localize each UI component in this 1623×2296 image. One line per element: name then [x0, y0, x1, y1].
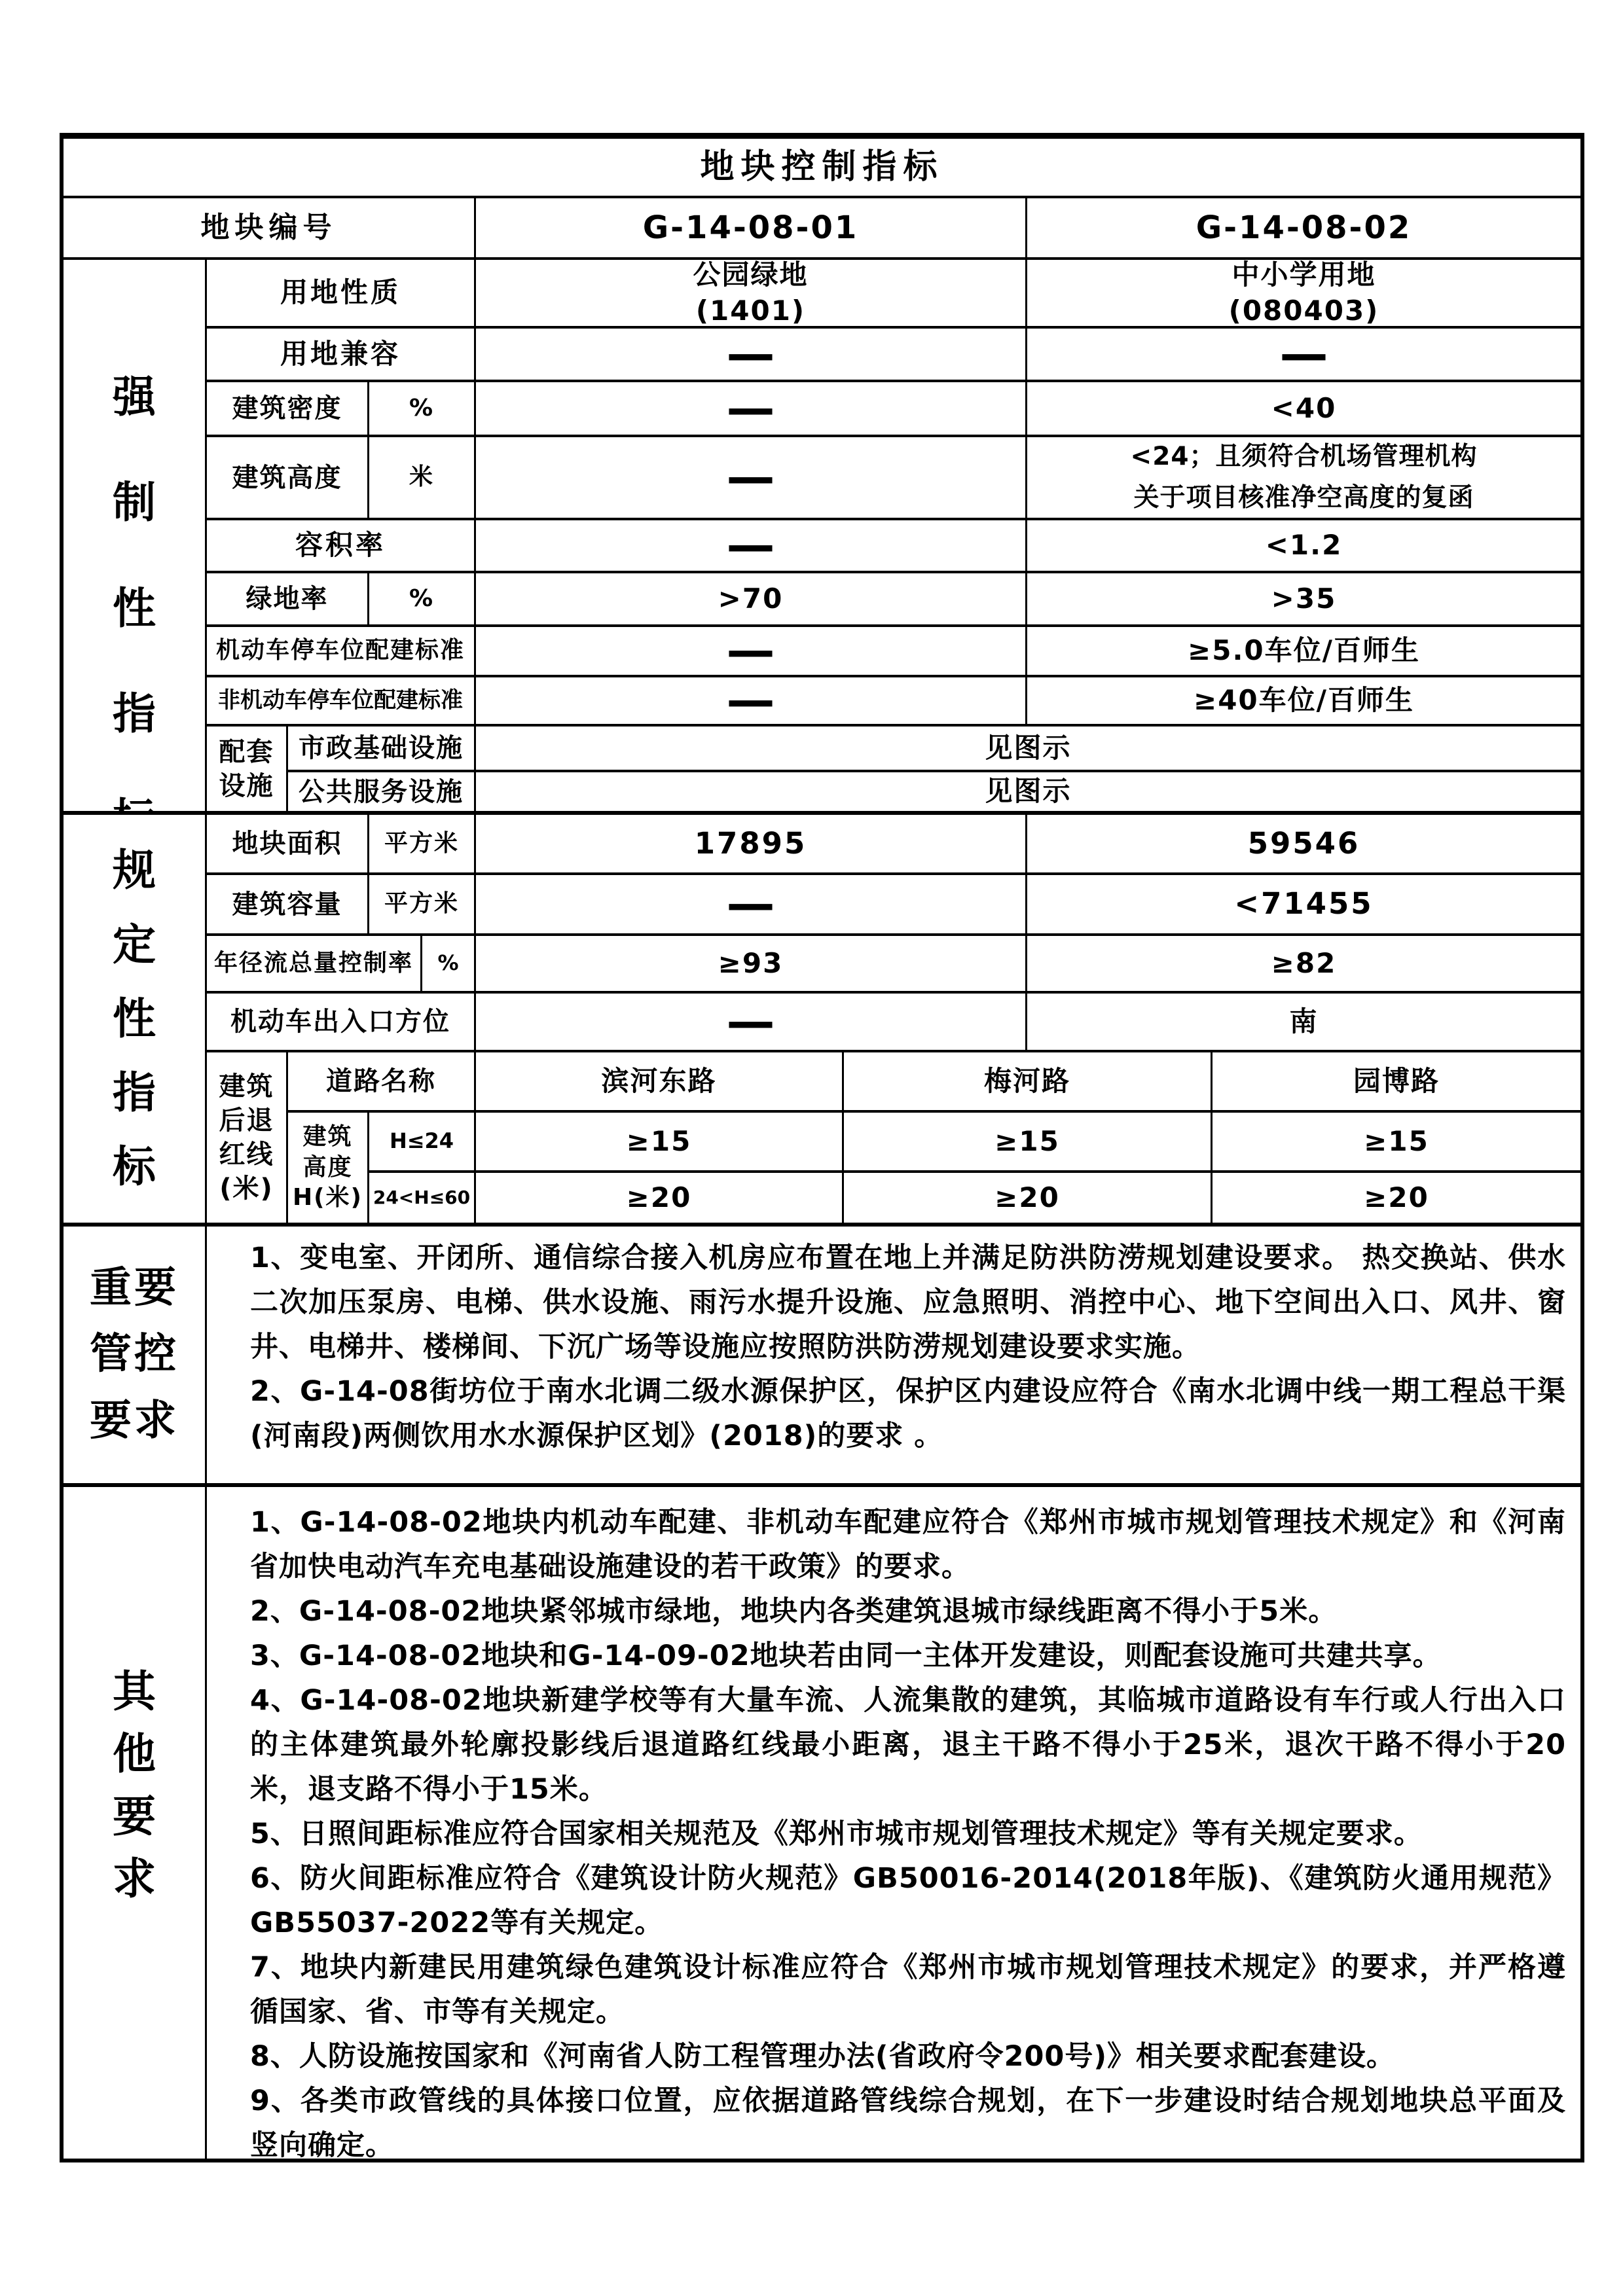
section-label-other-requirements: 其 他 要 求 — [64, 1487, 207, 2159]
nonmotor-parking-value-2: ≥40车位/百师生 — [1027, 677, 1580, 726]
section-label-mandatory-indicators: 强 制 性 指 标 — [64, 260, 207, 815]
other-requirements-item: 1、G-14-08-02地块内机动车配建、非机动车配建应符合《郑州市城市规划管理… — [250, 1500, 1566, 1589]
vehicle-access-value-2: 南 — [1027, 994, 1580, 1052]
building-capacity-label: 建筑容量 — [207, 875, 369, 936]
height-value-1: — — [476, 437, 1027, 520]
plot-area-value-1: 17895 — [476, 815, 1027, 875]
road-name-header: 道路名称 — [288, 1052, 476, 1113]
green-ratio-label: 绿地率 — [207, 573, 369, 627]
land-use-value-1: 公园绿地 (1401) — [476, 260, 1027, 329]
density-value-1: — — [476, 382, 1027, 437]
other-requirements-item: 9、各类市政管线的具体接口位置，应依据道路管线综合规划，在下一步建设时结合规划地… — [250, 2079, 1566, 2159]
vehicle-access-label: 机动车出入口方位 — [207, 994, 476, 1052]
setback-h2-value-3: ≥20 — [1213, 1173, 1580, 1227]
municipal-facilities-value: 见图示 — [476, 726, 1580, 772]
important-control-body: 1、变电室、开闭所、通信综合接入机房应布置在地上并满足防洪防涝规划建设要求。 热… — [207, 1227, 1580, 1487]
important-control-item: 1、变电室、开闭所、通信综合接入机房应布置在地上并满足防洪防涝规划建设要求。 热… — [250, 1236, 1566, 1369]
nonmotor-parking-label: 非机动车停车位配建标准 — [207, 677, 476, 726]
setback-label: 建筑 后退 红线 (米) — [207, 1052, 288, 1227]
green-ratio-unit: % — [369, 573, 476, 627]
far-value-1: — — [476, 520, 1027, 573]
motor-parking-label: 机动车停车位配建标准 — [207, 627, 476, 677]
plot-number-2: G-14-08-02 — [1027, 198, 1580, 260]
road-name-1: 滨河东路 — [476, 1052, 844, 1113]
nonmotor-parking-value-1: — — [476, 677, 1027, 726]
setback-h2-value-1: ≥20 — [476, 1173, 844, 1227]
vehicle-access-value-1: — — [476, 994, 1027, 1052]
motor-parking-value-2: ≥5.0车位/百师生 — [1027, 627, 1580, 677]
runoff-control-unit: % — [422, 936, 476, 994]
setback-h1-value-2: ≥15 — [844, 1113, 1213, 1173]
other-requirements-item: 3、G-14-08-02地块和G-14-09-02地块若由同一主体开发建设，则配… — [250, 1634, 1566, 1678]
setback-h2-label: 24<H≤60 — [369, 1173, 476, 1227]
land-use-value-2: 中小学用地 (080403) — [1027, 260, 1580, 329]
public-facilities-value: 见图示 — [476, 772, 1580, 815]
road-name-3: 园博路 — [1213, 1052, 1580, 1113]
other-requirements-item: 8、人防设施按国家和《河南省人防工程管理办法(省政府令200号)》相关要求配套建… — [250, 2034, 1566, 2079]
far-label: 容积率 — [207, 520, 476, 573]
building-capacity-unit: 平方米 — [369, 875, 476, 936]
setback-height-label: 建筑 高度 H(米) — [288, 1113, 369, 1227]
public-facilities-label: 公共服务设施 — [288, 772, 476, 815]
density-value-2: <40 — [1027, 382, 1580, 437]
plot-control-indicator-table: 地块控制指标 地块编号 G-14-08-01 G-14-08-02 强 制 性 … — [60, 133, 1584, 2162]
municipal-facilities-label: 市政基础设施 — [288, 726, 476, 772]
plot-area-unit: 平方米 — [369, 815, 476, 875]
density-label: 建筑密度 — [207, 382, 369, 437]
building-capacity-value-2: <71455 — [1027, 875, 1580, 936]
other-requirements-item: 5、日照间距标准应符合国家相关规范及《郑州市城市规划管理技术规定》等有关规定要求… — [250, 1812, 1566, 1856]
density-unit: % — [369, 382, 476, 437]
other-requirements-item: 7、地块内新建民用建筑绿色建筑设计标准应符合《郑州市城市规划管理技术规定》的要求… — [250, 1945, 1566, 2034]
land-use-label: 用地性质 — [207, 260, 476, 329]
other-requirements-item: 2、G-14-08-02地块紧邻城市绿地，地块内各类建筑退城市绿线距离不得小于5… — [250, 1589, 1566, 1634]
motor-parking-value-1: — — [476, 627, 1027, 677]
setback-h1-label: H≤24 — [369, 1113, 476, 1173]
plot-number-1: G-14-08-01 — [476, 198, 1027, 260]
section-label-prescriptive-indicators: 规 定 性 指 标 — [64, 815, 207, 1227]
runoff-control-label: 年径流总量控制率 — [207, 936, 422, 994]
setback-h2-value-2: ≥20 — [844, 1173, 1213, 1227]
page-title: 地块控制指标 — [64, 139, 1580, 198]
green-ratio-value-1: >70 — [476, 573, 1027, 627]
far-value-2: <1.2 — [1027, 520, 1580, 573]
height-value-2: <24；且须符合机场管理机构 关于项目核准净空高度的复函 — [1027, 437, 1580, 520]
setback-h1-value-1: ≥15 — [476, 1113, 844, 1173]
road-name-2: 梅河路 — [844, 1052, 1213, 1113]
setback-h1-value-3: ≥15 — [1213, 1113, 1580, 1173]
height-unit: 米 — [369, 437, 476, 520]
other-requirements-body: 1、G-14-08-02地块内机动车配建、非机动车配建应符合《郑州市城市规划管理… — [207, 1487, 1580, 2159]
other-requirements-item: 4、G-14-08-02地块新建学校等有大量车流、人流集散的建筑，其临城市道路设… — [250, 1678, 1566, 1812]
height-label: 建筑高度 — [207, 437, 369, 520]
compatibility-value-2: — — [1027, 329, 1580, 382]
plot-area-label: 地块面积 — [207, 815, 369, 875]
runoff-control-value-2: ≥82 — [1027, 936, 1580, 994]
plot-area-value-2: 59546 — [1027, 815, 1580, 875]
runoff-control-value-1: ≥93 — [476, 936, 1027, 994]
section-label-important-control: 重要 管控 要求 — [64, 1227, 207, 1487]
important-control-item: 2、G-14-08街坊位于南水北调二级水源保护区，保护区内建设应符合《南水北调中… — [250, 1369, 1566, 1458]
facilities-label: 配套 设施 — [207, 726, 288, 815]
building-capacity-value-1: — — [476, 875, 1027, 936]
plot-number-label: 地块编号 — [64, 198, 476, 260]
green-ratio-value-2: >35 — [1027, 573, 1580, 627]
compatibility-label: 用地兼容 — [207, 329, 476, 382]
other-requirements-item: 6、防火间距标准应符合《建筑设计防火规范》GB50016-2014(2018年版… — [250, 1856, 1566, 1945]
compatibility-value-1: — — [476, 329, 1027, 382]
